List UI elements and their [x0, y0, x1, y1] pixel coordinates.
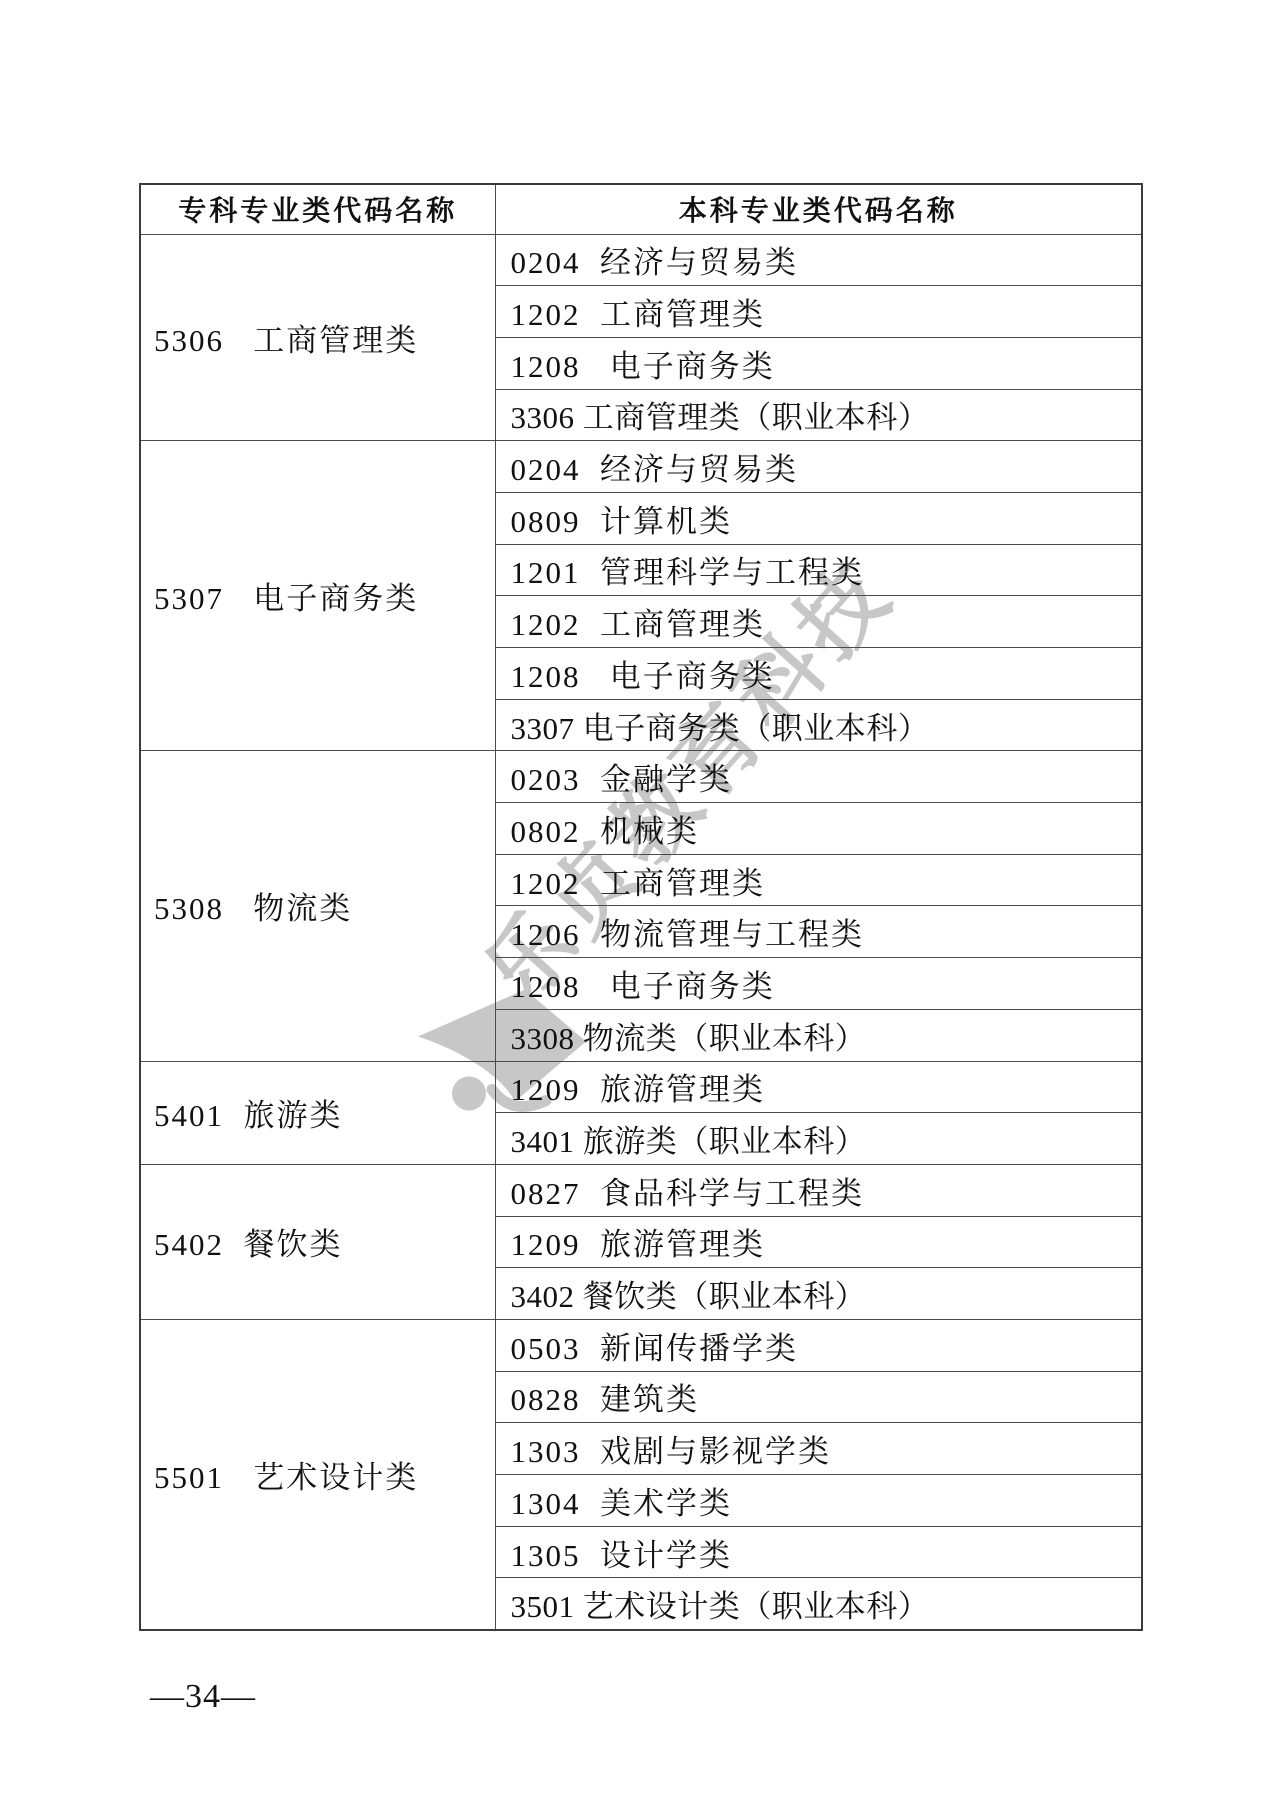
- major-cell: 0827 食品科学与工程类: [495, 1164, 1142, 1216]
- major-cell: 1209 旅游管理类: [495, 1216, 1142, 1268]
- group-cell: 5401 旅游类: [140, 1061, 495, 1164]
- major-cell: 3401 旅游类（职业本科）: [495, 1113, 1142, 1165]
- major-cell: 1208 电子商务类: [495, 337, 1142, 389]
- group-cell: 5308 物流类: [140, 751, 495, 1061]
- major-cell: 1209 旅游管理类: [495, 1061, 1142, 1113]
- major-cell: 3402 餐饮类（职业本科）: [495, 1268, 1142, 1320]
- major-cell: 1303 戏剧与影视学类: [495, 1423, 1142, 1475]
- major-cell: 0503 新闻传播学类: [495, 1319, 1142, 1371]
- major-cell: 0203 金融学类: [495, 751, 1142, 803]
- major-cell: 1202 工商管理类: [495, 854, 1142, 906]
- major-cell: 3501 艺术设计类（职业本科）: [495, 1578, 1142, 1630]
- major-cell: 1208 电子商务类: [495, 648, 1142, 700]
- table-row: 专科专业类代码名称 本科专业类代码名称: [140, 184, 1142, 234]
- table-body: 5306 工商管理类0204 经济与贸易类1202 工商管理类1208 电子商务…: [140, 234, 1142, 1630]
- table-row: 5306 工商管理类0204 经济与贸易类: [140, 234, 1142, 286]
- major-cell: 0809 计算机类: [495, 492, 1142, 544]
- group-cell: 5306 工商管理类: [140, 234, 495, 441]
- group-cell: 5501 艺术设计类: [140, 1319, 495, 1629]
- page-number: —34—: [150, 1678, 256, 1716]
- table-row: 5308 物流类0203 金融学类: [140, 751, 1142, 803]
- major-cell: 0828 建筑类: [495, 1371, 1142, 1423]
- table-row: 5501 艺术设计类0503 新闻传播学类: [140, 1319, 1142, 1371]
- header-zhuanke: 专科专业类代码名称: [140, 184, 495, 234]
- table-header-row: 专科专业类代码名称 本科专业类代码名称: [140, 184, 1142, 234]
- major-cell: 0204 经济与贸易类: [495, 441, 1142, 493]
- table-row: 5402 餐饮类0827 食品科学与工程类: [140, 1164, 1142, 1216]
- major-cell: 1208 电子商务类: [495, 958, 1142, 1010]
- group-cell: 5307 电子商务类: [140, 441, 495, 751]
- table-wrap: 专科专业类代码名称 本科专业类代码名称 5306 工商管理类0204 经济与贸易…: [139, 183, 1143, 1631]
- major-cell: 1206 物流管理与工程类: [495, 906, 1142, 958]
- major-cell: 3307 电子商务类（职业本科）: [495, 699, 1142, 751]
- major-cell: 0204 经济与贸易类: [495, 234, 1142, 286]
- major-cell: 1304 美术学类: [495, 1475, 1142, 1527]
- major-cell: 1201 管理科学与工程类: [495, 544, 1142, 596]
- major-cell: 1202 工商管理类: [495, 286, 1142, 338]
- table-row: 5401 旅游类1209 旅游管理类: [140, 1061, 1142, 1113]
- document-page: 乐贞教育科技 专科专业类代码名称 本科专业类代码名称 5306 工商管理类020…: [0, 0, 1280, 1810]
- header-benke: 本科专业类代码名称: [495, 184, 1142, 234]
- table-row: 5307 电子商务类0204 经济与贸易类: [140, 441, 1142, 493]
- major-cell: 1202 工商管理类: [495, 596, 1142, 648]
- major-cell: 3308 物流类（职业本科）: [495, 1009, 1142, 1061]
- group-cell: 5402 餐饮类: [140, 1164, 495, 1319]
- major-cell: 1305 设计学类: [495, 1526, 1142, 1578]
- major-cell: 0802 机械类: [495, 803, 1142, 855]
- major-mapping-table: 专科专业类代码名称 本科专业类代码名称 5306 工商管理类0204 经济与贸易…: [139, 183, 1143, 1631]
- major-cell: 3306 工商管理类（职业本科）: [495, 389, 1142, 441]
